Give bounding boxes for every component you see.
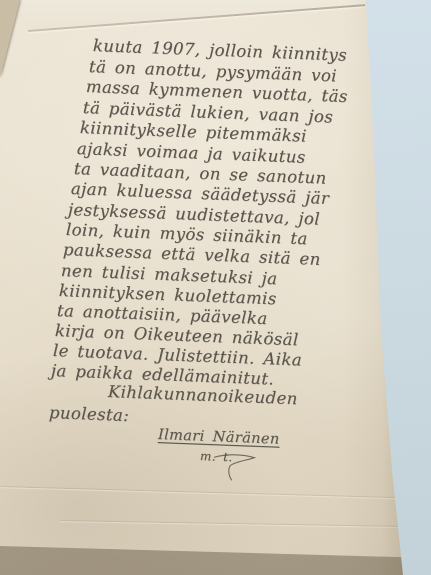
- signature-flourish-icon: [211, 451, 258, 483]
- handwritten-line: puolesta:: [49, 403, 130, 425]
- document-page: kuuta 1907, jolloin kiinnitys tä on anot…: [0, 0, 431, 575]
- signature: Ilmari Näränen: [158, 427, 280, 448]
- under-sheet-corner: [0, 0, 20, 78]
- page-right-edge: [341, 0, 431, 575]
- photo-of-document: kuuta 1907, jolloin kiinnitys tä on anot…: [0, 0, 431, 575]
